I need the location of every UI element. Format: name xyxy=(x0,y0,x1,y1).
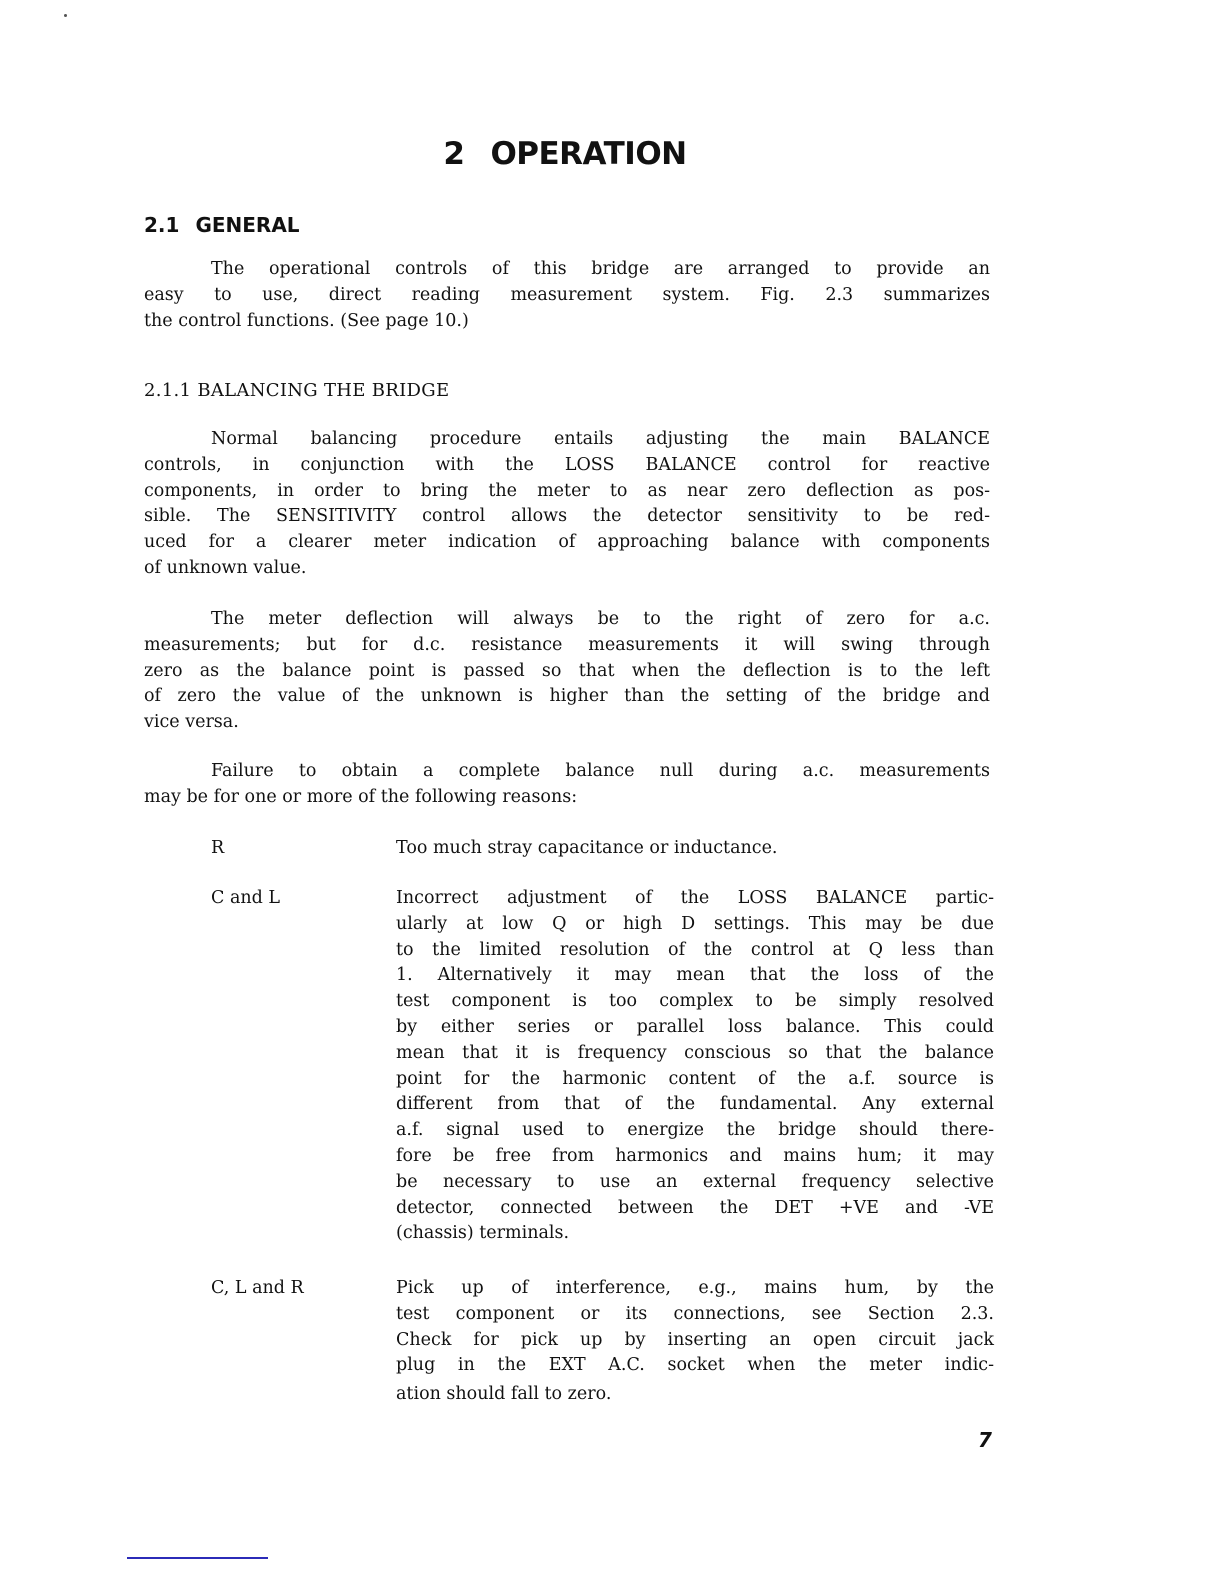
reason-text: Too much stray capacitance or inductance… xyxy=(396,836,994,862)
text-line: plug in the EXT A.C. socket when the met… xyxy=(396,1353,994,1379)
reason-text: Pick up of interference, e.g., mains hum… xyxy=(396,1276,994,1408)
text-line: Check for pick up by inserting an open c… xyxy=(396,1328,994,1354)
text-line: fore be free from harmonics and mains hu… xyxy=(396,1144,994,1170)
text-line: vice versa. xyxy=(144,710,990,736)
text-line: measurements; but for d.c. resistance me… xyxy=(144,633,990,659)
text-line: zero as the balance point is passed so t… xyxy=(144,659,990,685)
text-line: Failure to obtain a complete balance nul… xyxy=(144,759,990,785)
text-line: test component or its connections, see S… xyxy=(396,1302,994,1328)
failure-paragraph: Failure to obtain a complete balance nul… xyxy=(144,759,990,811)
page-number: 7 xyxy=(978,1428,992,1452)
text-line: Pick up of interference, e.g., mains hum… xyxy=(396,1276,994,1302)
text-line: Too much stray capacitance or inductance… xyxy=(396,836,994,862)
text-line: point for the harmonic content of the a.… xyxy=(396,1067,994,1093)
text-line: controls, in conjunction with the LOSS B… xyxy=(144,453,990,479)
text-line: of zero the value of the unknown is high… xyxy=(144,684,990,710)
text-line: be necessary to use an external frequenc… xyxy=(396,1170,994,1196)
footer-link-underline[interactable] xyxy=(127,1557,268,1559)
text-line: test component is too complex to be simp… xyxy=(396,989,994,1015)
section-title: GENERAL xyxy=(195,213,299,237)
text-line: may be for one or more of the following … xyxy=(144,785,990,811)
text-line: mean that it is frequency conscious so t… xyxy=(396,1041,994,1067)
text-line: ation should fall to zero. xyxy=(396,1382,994,1408)
text-line: to the limited resolution of the control… xyxy=(396,938,994,964)
text-line: by either series or parallel loss balanc… xyxy=(396,1015,994,1041)
text-line: different from that of the fundamental. … xyxy=(396,1092,994,1118)
subsection-title: BALANCING THE BRIDGE xyxy=(197,380,449,401)
text-line: (chassis) terminals. xyxy=(396,1221,994,1247)
text-line: 1. Alternatively it may mean that the lo… xyxy=(396,963,994,989)
section-heading: 2.1GENERAL xyxy=(144,213,300,237)
section-number: 2.1 xyxy=(144,213,179,237)
chapter-title-text: OPERATION xyxy=(490,136,686,172)
text-line: a.f. signal used to energize the bridge … xyxy=(396,1118,994,1144)
text-line: of unknown value. xyxy=(144,556,990,582)
text-line: The operational controls of this bridge … xyxy=(144,257,990,283)
meter-deflection-paragraph: The meter deflection will always be to t… xyxy=(144,607,990,736)
text-line: Normal balancing procedure entails adjus… xyxy=(144,427,990,453)
text-line: Incorrect adjustment of the LOSS BALANCE… xyxy=(396,886,994,912)
text-line: the control functions. (See page 10.) xyxy=(144,309,990,335)
reason-label: R xyxy=(211,838,224,858)
scan-speck xyxy=(64,14,67,17)
intro-paragraph: The operational controls of this bridge … xyxy=(144,257,990,334)
text-line: ularly at low Q or high D settings. This… xyxy=(396,912,994,938)
text-line: uced for a clearer meter indication of a… xyxy=(144,530,990,556)
text-line: The meter deflection will always be to t… xyxy=(144,607,990,633)
text-line: sible. The SENSITIVITY control allows th… xyxy=(144,504,990,530)
subsection-number: 2.1.1 xyxy=(144,380,191,401)
chapter-title: 2OPERATION xyxy=(0,136,1130,172)
reason-label: C and L xyxy=(211,888,280,908)
reason-label: C, L and R xyxy=(211,1278,304,1298)
chapter-number: 2 xyxy=(443,136,464,172)
subsection-heading: 2.1.1 BALANCING THE BRIDGE xyxy=(144,380,449,401)
text-line: easy to use, direct reading measurement … xyxy=(144,283,990,309)
text-line: detector, connected between the DET +VE … xyxy=(396,1196,994,1222)
text-line: components, in order to bring the meter … xyxy=(144,479,990,505)
balancing-paragraph: Normal balancing procedure entails adjus… xyxy=(144,427,990,582)
reason-text: Incorrect adjustment of the LOSS BALANCE… xyxy=(396,886,994,1247)
